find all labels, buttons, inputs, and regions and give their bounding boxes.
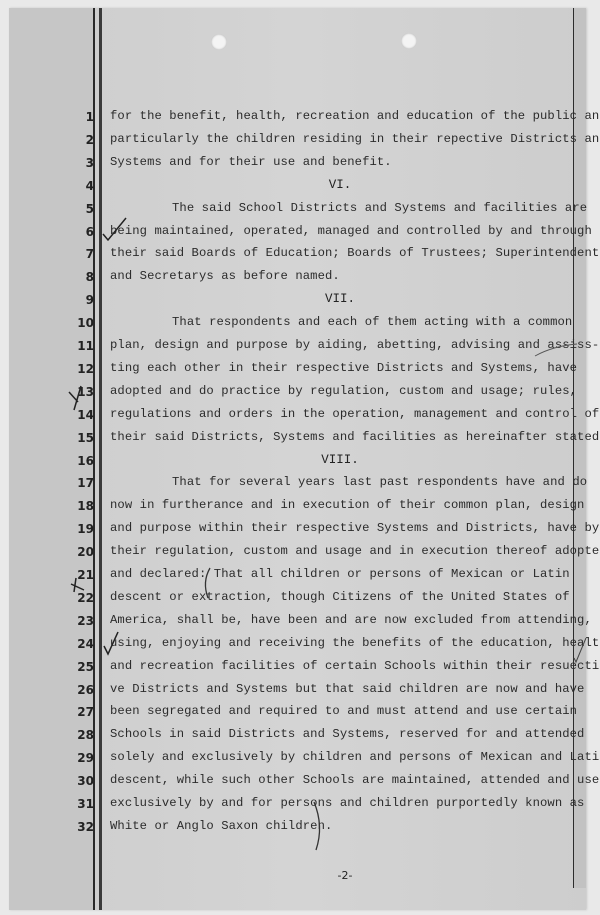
- page-number: -2-: [330, 869, 360, 882]
- text-line: using, enjoying and receiving the benefi…: [110, 636, 570, 650]
- punch-hole-right: [401, 33, 417, 49]
- line-number: 15: [68, 431, 94, 445]
- line-number: 6: [68, 225, 94, 239]
- line-number: 16: [68, 454, 94, 468]
- line-number: 5: [68, 202, 94, 216]
- line-number: 3: [68, 156, 94, 170]
- text-line: Systems and for their use and benefit.: [110, 155, 570, 169]
- text-line: White or Anglo Saxon children.: [110, 819, 570, 833]
- text-line: for the benefit, health, recreation and …: [110, 109, 570, 123]
- text-line: descent or extraction, though Citizens o…: [110, 590, 570, 604]
- text-line: being maintained, operated, managed and …: [110, 224, 570, 238]
- line-number: 9: [68, 293, 94, 307]
- line-number: 7: [68, 247, 94, 261]
- line-number: 1: [68, 110, 94, 124]
- line-number: 13: [68, 385, 94, 399]
- line-number: 27: [68, 705, 94, 719]
- text-line: That for several years last past respond…: [172, 475, 600, 489]
- text-line: and Secretarys as before named.: [110, 269, 570, 283]
- line-number: 23: [68, 614, 94, 628]
- text-line: descent, while such other Schools are ma…: [110, 773, 570, 787]
- line-number: 32: [68, 820, 94, 834]
- line-number: 8: [68, 270, 94, 284]
- section-heading: VIII.: [310, 453, 370, 467]
- text-line: their regulation, custom and usage and i…: [110, 544, 570, 558]
- text-line: The said School Districts and Systems an…: [172, 201, 600, 215]
- text-line: been segregated and required to and must…: [110, 704, 570, 718]
- line-number: 18: [68, 499, 94, 513]
- line-number: 24: [68, 637, 94, 651]
- line-number: 17: [68, 476, 94, 490]
- text-line: and declared: That all children or perso…: [110, 567, 570, 581]
- text-line: Schools in said Districts and Systems, r…: [110, 727, 570, 741]
- section-heading: VII.: [310, 292, 370, 306]
- text-line: and purpose within their respective Syst…: [110, 521, 570, 535]
- line-number: 30: [68, 774, 94, 788]
- text-line: their said Districts, Systems and facili…: [110, 430, 570, 444]
- text-line: ting each other in their respective Dist…: [110, 361, 570, 375]
- text-line: That respondents and each of them acting…: [172, 315, 600, 329]
- text-line: America, shall be, have been and are now…: [110, 613, 570, 627]
- line-number: 26: [68, 683, 94, 697]
- line-number: 25: [68, 660, 94, 674]
- line-number: 10: [68, 316, 94, 330]
- line-number: 20: [68, 545, 94, 559]
- left-margin-double-rule: [99, 8, 102, 910]
- text-line: now in furtherance and in execution of t…: [110, 498, 570, 512]
- text-line: plan, design and purpose by aiding, abet…: [110, 338, 570, 352]
- line-number: 12: [68, 362, 94, 376]
- line-number: 11: [68, 339, 94, 353]
- line-number: 19: [68, 522, 94, 536]
- line-number: 21: [68, 568, 94, 582]
- text-line: regulations and orders in the operation,…: [110, 407, 570, 421]
- text-line: exclusively by and for persons and child…: [110, 796, 570, 810]
- text-line: solely and exclusively by children and p…: [110, 750, 570, 764]
- text-line: ve Districts and Systems but that said c…: [110, 682, 570, 696]
- line-number: 14: [68, 408, 94, 422]
- line-number: 2: [68, 133, 94, 147]
- line-number: 22: [68, 591, 94, 605]
- line-number: 31: [68, 797, 94, 811]
- line-number: 29: [68, 751, 94, 765]
- text-line: particularly the children residing in th…: [110, 132, 570, 146]
- section-heading: VI.: [310, 178, 370, 192]
- line-number: 4: [68, 179, 94, 193]
- text-line: adopted and do practice by regulation, c…: [110, 384, 570, 398]
- line-number: 28: [68, 728, 94, 742]
- text-line: and recreation facilities of certain Sch…: [110, 659, 570, 673]
- punch-hole-left: [211, 34, 227, 50]
- text-line: their said Boards of Education; Boards o…: [110, 246, 570, 260]
